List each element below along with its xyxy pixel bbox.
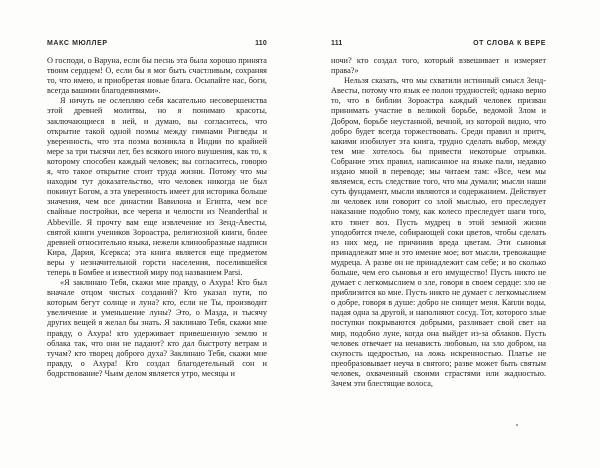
paragraph: «Я заклинаю Тебя, скажи мне правду, о Ах… — [47, 278, 267, 379]
scan-speck — [516, 424, 518, 426]
running-title-chapter: ОТ СЛОВА К ВЕРЕ — [473, 40, 546, 47]
left-page: МАКС МЮЛЛЕР 110 О господи, о Варуна, есл… — [47, 40, 267, 379]
paragraph: О господи, о Варуна, если бы песнь эта б… — [47, 56, 267, 96]
page-number-right: 111 — [331, 40, 343, 47]
paragraph: Я ничуть не ослепляю себя касательно нес… — [47, 96, 267, 278]
right-page: 111 ОТ СЛОВА К ВЕРЕ ночи? кто создал тог… — [331, 40, 546, 389]
paragraph: Нельзя сказать, что мы схватили истинный… — [331, 76, 546, 389]
right-page-body: ночи? кто создал того, который взвешивае… — [331, 56, 546, 389]
running-title-author: МАКС МЮЛЛЕР — [47, 40, 108, 47]
book-spread: МАКС МЮЛЛЕР 110 О господи, о Варуна, есл… — [0, 0, 600, 468]
right-page-header: 111 ОТ СЛОВА К ВЕРЕ — [331, 40, 546, 47]
left-page-body: О господи, о Варуна, если бы песнь эта б… — [47, 56, 267, 379]
page-number-left: 110 — [255, 40, 267, 47]
paragraph: ночи? кто создал того, который взвешивае… — [331, 56, 546, 76]
left-page-header: МАКС МЮЛЛЕР 110 — [47, 40, 267, 47]
